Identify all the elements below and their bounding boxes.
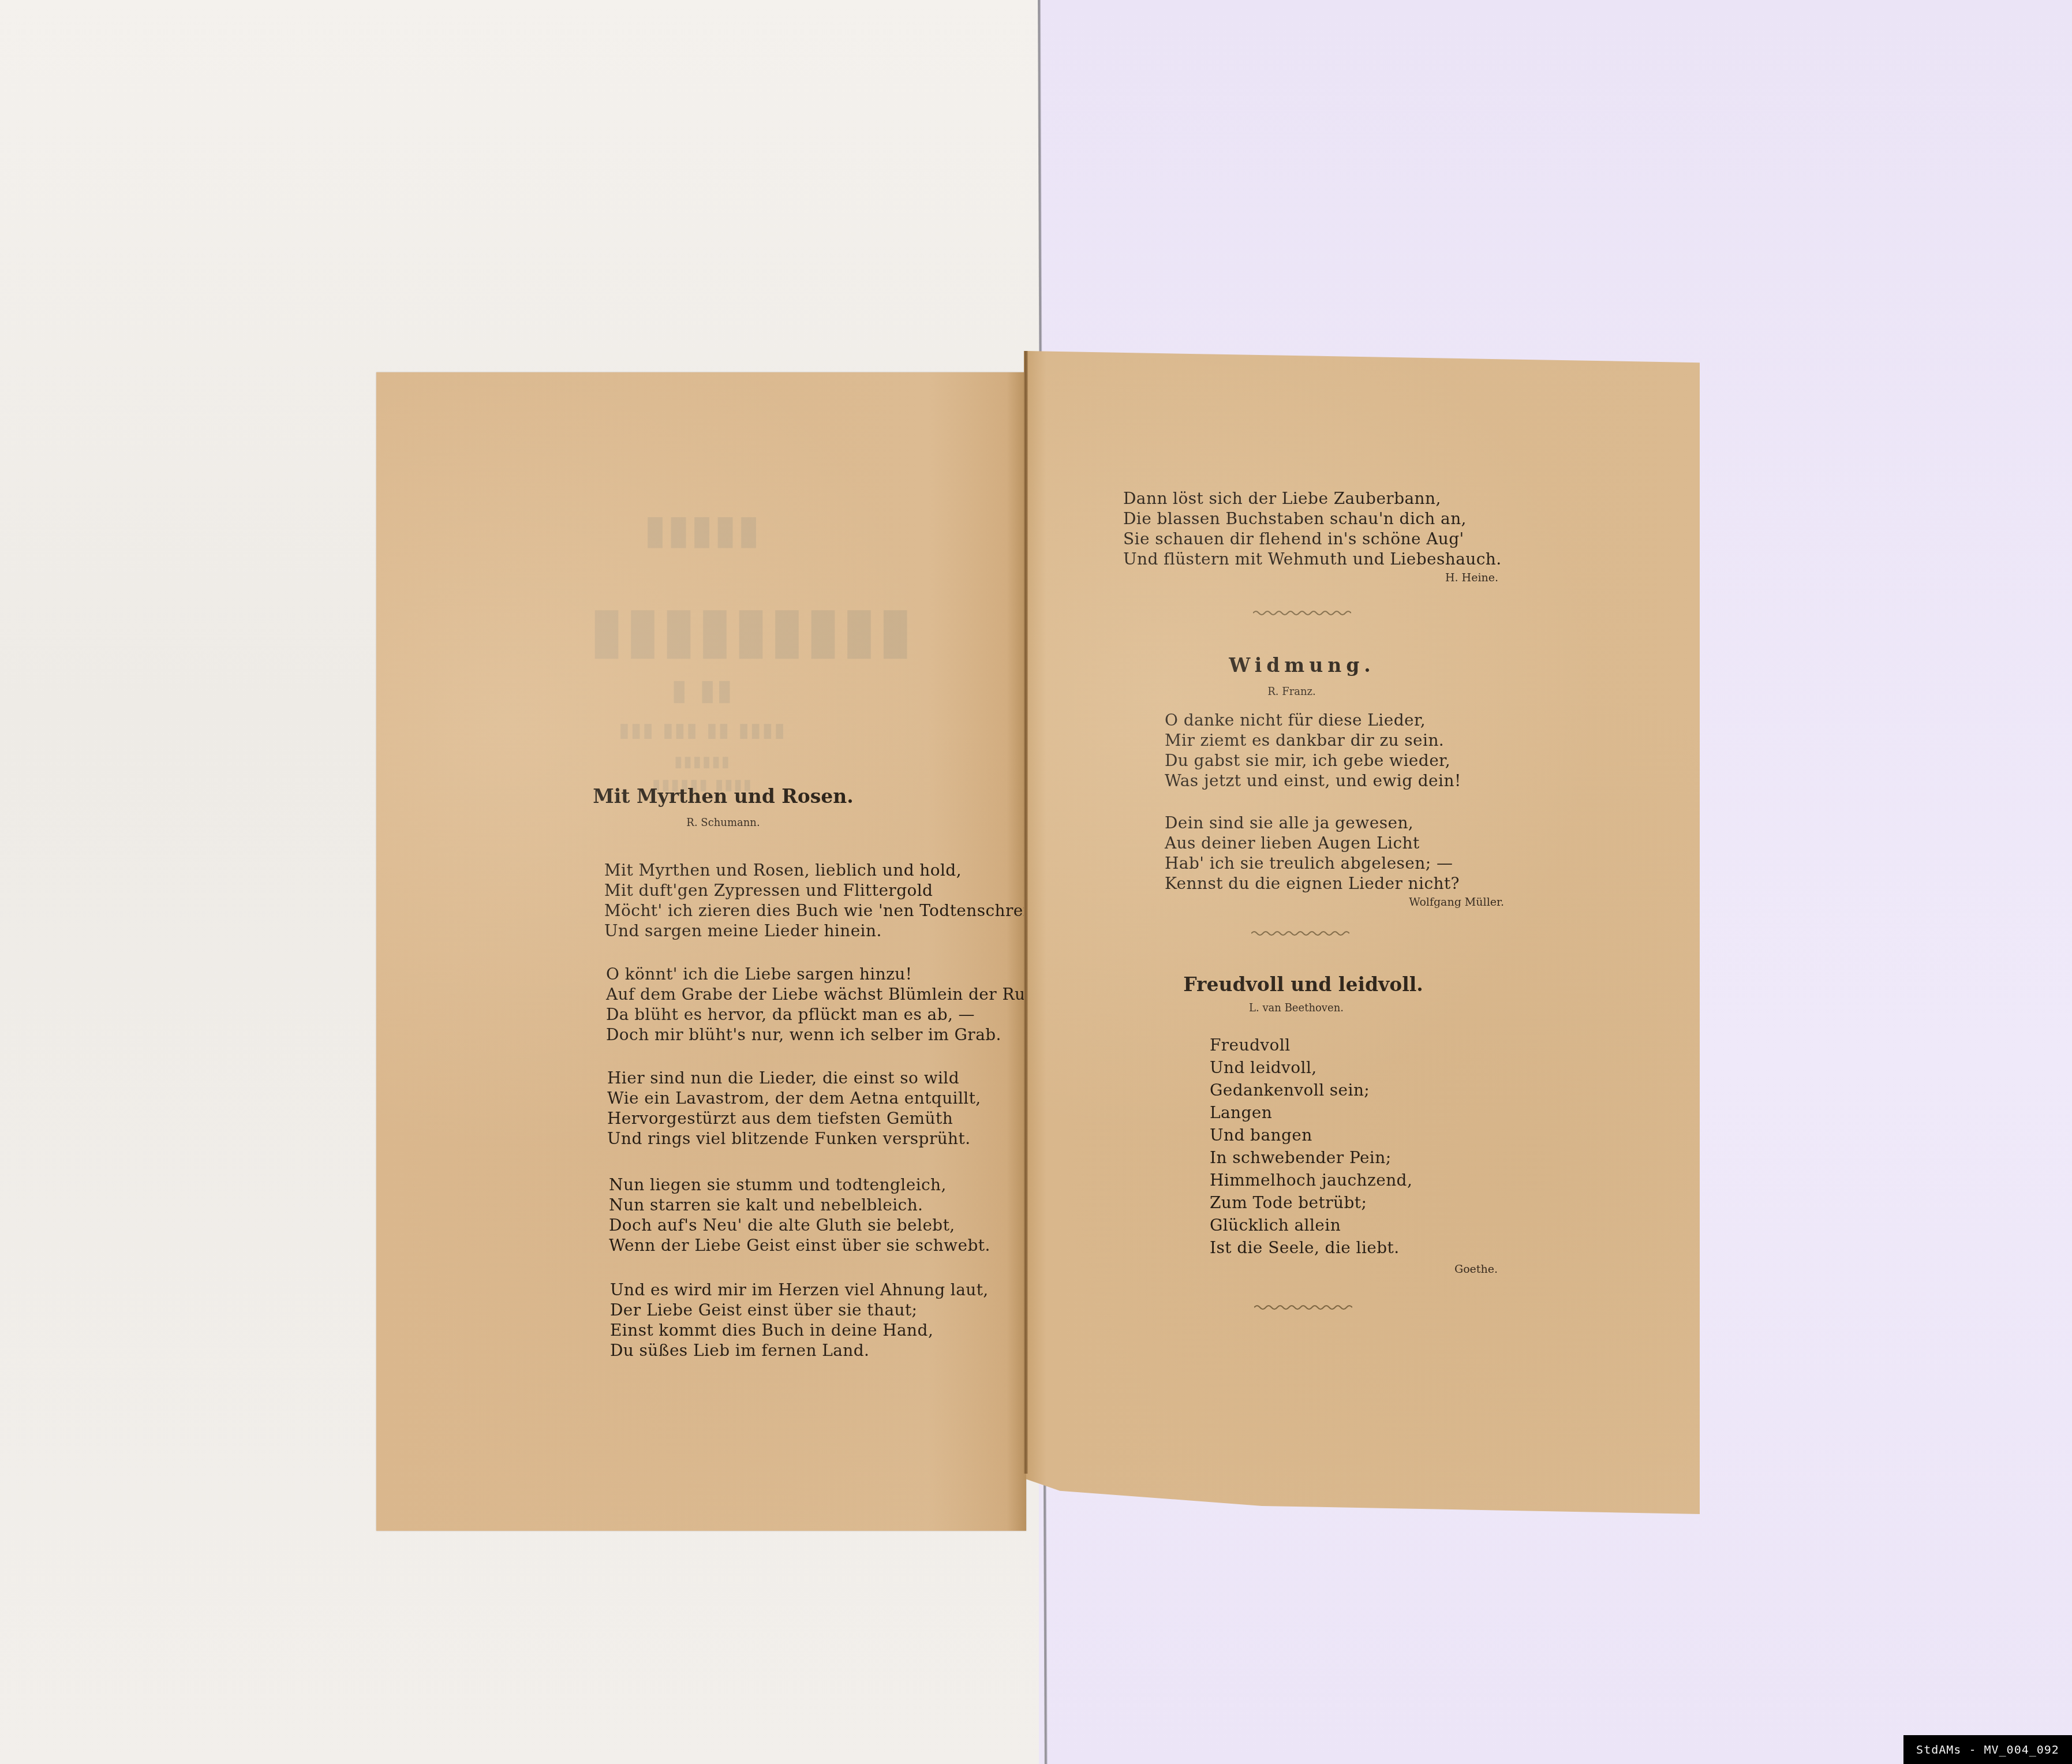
poem-composer: R. Franz. bbox=[1267, 686, 1316, 698]
poem-line: Hervorgestürzt aus dem tiefsten Gemüth bbox=[607, 1108, 981, 1128]
show-through-ghost-text: ▮▮▮▮▮ bbox=[376, 505, 1026, 557]
poem-line: Glücklich allein bbox=[1210, 1214, 1412, 1236]
poem-line: Kennst du die eignen Lieder nicht? bbox=[1165, 873, 1460, 894]
poem-composer: L. van Beethoven. bbox=[1249, 1002, 1344, 1014]
poem-line: Und bangen bbox=[1210, 1124, 1412, 1146]
poem-line: Dann löst sich der Liebe Zauberbann, bbox=[1123, 488, 1502, 509]
right-page: Dann löst sich der Liebe Zauberbann, Die… bbox=[1026, 351, 1700, 1514]
poem-line: Möcht' ich zieren dies Buch wie 'nen Tod… bbox=[604, 900, 1039, 921]
poem-line: Gedankenvoll sein; bbox=[1210, 1079, 1412, 1101]
show-through-ghost-text: ▮▮▮▮▮▮ bbox=[376, 753, 1026, 771]
poem-line: Und leidvoll, bbox=[1210, 1056, 1412, 1079]
poem-line: Nun starren sie kalt und nebelbleich. bbox=[609, 1195, 990, 1215]
poem-stanza: Nun liegen sie stumm und todtengleich, N… bbox=[609, 1175, 990, 1255]
poem-line: O danke nicht für diese Lieder, bbox=[1165, 710, 1461, 730]
poem-line: Himmelhoch jauchzend, bbox=[1210, 1169, 1412, 1191]
show-through-ghost-text: ▮▮ ▮ bbox=[376, 672, 1026, 707]
poet-attribution: H. Heine. bbox=[1445, 571, 1498, 584]
poem-title: Freudvoll und leidvoll. bbox=[1183, 973, 1423, 996]
poem-line: Hab' ich sie treulich abgelesen; — bbox=[1165, 853, 1460, 873]
poem-line: Langen bbox=[1210, 1101, 1412, 1124]
poem-line: Einst kommt dies Buch in deine Hand, bbox=[610, 1320, 989, 1340]
poem-line: Mir ziemt es dankbar dir zu sein. bbox=[1165, 730, 1461, 750]
poem-line: Wie ein Lavastrom, der dem Aetna entquil… bbox=[607, 1088, 981, 1108]
poem-line: Auf dem Grabe der Liebe wächst Blümlein … bbox=[606, 984, 1046, 1004]
poem-line: Und rings viel blitzende Funken versprüh… bbox=[607, 1128, 981, 1149]
poem-stanza: Freudvoll Und leidvoll, Gedankenvoll sei… bbox=[1210, 1034, 1412, 1259]
poem-line: Da blüht es hervor, da pflückt man es ab… bbox=[606, 1004, 1046, 1025]
poem-line: Der Liebe Geist einst über sie thaut; bbox=[610, 1300, 989, 1320]
poem-stanza: Und es wird mir im Herzen viel Ahnung la… bbox=[610, 1280, 989, 1361]
poem-line: Aus deiner lieben Augen Licht bbox=[1165, 833, 1460, 853]
wavy-divider-icon bbox=[1253, 609, 1351, 617]
poem-line: Zum Tode betrübt; bbox=[1210, 1191, 1412, 1214]
poem-title: Mit Myrthen und Rosen. bbox=[593, 785, 854, 808]
poem-line: Wenn der Liebe Geist einst über sie schw… bbox=[609, 1235, 990, 1255]
left-page: ▮▮▮▮▮ ▮▮▮▮▮▮▮▮▮ ▮▮ ▮ ▮▮▮▮ ▮▮ ▮▮▮ ▮▮▮ ▮▮▮… bbox=[376, 372, 1026, 1531]
poem-stanza: Mit Myrthen und Rosen, lieblich und hold… bbox=[604, 860, 1039, 941]
book-spine-fold bbox=[1024, 351, 1028, 1474]
poem-line: Mit Myrthen und Rosen, lieblich und hold… bbox=[604, 860, 1039, 880]
poem-line: In schwebender Pein; bbox=[1210, 1146, 1412, 1169]
poem-line: Nun liegen sie stumm und todtengleich, bbox=[609, 1175, 990, 1195]
poem-line: Freudvoll bbox=[1210, 1034, 1412, 1056]
poet-attribution: Wolfgang Müller. bbox=[1409, 896, 1504, 909]
poem-line: Doch auf's Neu' die alte Gluth sie beleb… bbox=[609, 1215, 990, 1235]
poem-composer: R. Schumann. bbox=[686, 817, 760, 829]
poem-line: Dein sind sie alle ja gewesen, bbox=[1165, 813, 1460, 833]
poem-line: Doch mir blüht's nur, wenn ich selber im… bbox=[606, 1025, 1046, 1045]
show-through-ghost-text: ▮▮▮▮ ▮▮ ▮▮▮ ▮▮▮ bbox=[376, 719, 1026, 742]
poem-line: Du gabst sie mir, ich gebe wieder, bbox=[1165, 750, 1461, 771]
poem-line: Hier sind nun die Lieder, die einst so w… bbox=[607, 1068, 981, 1088]
show-through-ghost-text: ▮▮▮▮▮▮▮▮▮ bbox=[474, 592, 1026, 667]
poem-title: Widmung. bbox=[1229, 654, 1375, 677]
poem-line: Ist die Seele, die liebt. bbox=[1210, 1236, 1412, 1259]
poem-line: Was jetzt und einst, und ewig dein! bbox=[1165, 771, 1461, 791]
poem-line: Sie schauen dir flehend in's schöne Aug' bbox=[1123, 529, 1502, 549]
poem-stanza: Dein sind sie alle ja gewesen, Aus deine… bbox=[1165, 813, 1460, 894]
poem-line: Und es wird mir im Herzen viel Ahnung la… bbox=[610, 1280, 989, 1300]
poem-line: O könnt' ich die Liebe sargen hinzu! bbox=[606, 964, 1046, 984]
poem-line: Und flüstern mit Wehmuth und Liebeshauch… bbox=[1123, 549, 1502, 569]
poem-line: Du süßes Lieb im fernen Land. bbox=[610, 1340, 989, 1361]
poem-line: Mit duft'gen Zypressen und Flittergold bbox=[604, 880, 1039, 900]
wavy-divider-icon bbox=[1254, 1303, 1352, 1311]
archive-reference-label: StdAMs - MV_004_092 bbox=[1903, 1735, 2072, 1764]
poem-stanza: Hier sind nun die Lieder, die einst so w… bbox=[607, 1068, 981, 1149]
poem-line: Die blassen Buchstaben schau'n dich an, bbox=[1123, 509, 1502, 529]
poet-attribution: Goethe. bbox=[1454, 1263, 1498, 1276]
poem-stanza: O danke nicht für diese Lieder, Mir ziem… bbox=[1165, 710, 1461, 791]
poem-stanza: Dann löst sich der Liebe Zauberbann, Die… bbox=[1123, 488, 1502, 569]
poem-stanza: O könnt' ich die Liebe sargen hinzu! Auf… bbox=[606, 964, 1046, 1045]
wavy-divider-icon bbox=[1251, 929, 1349, 937]
poem-line: Und sargen meine Lieder hinein. bbox=[604, 921, 1039, 941]
